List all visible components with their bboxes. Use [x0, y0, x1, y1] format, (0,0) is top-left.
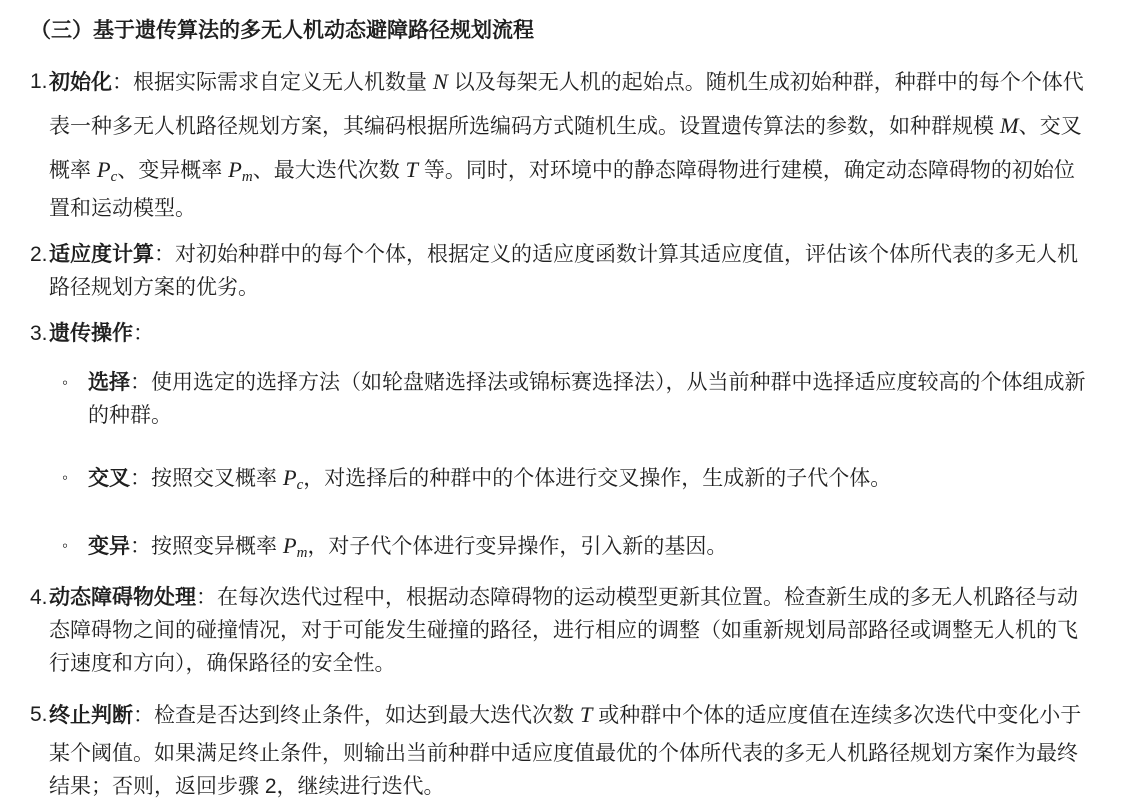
sub-item-mutation: ◦ 变异：按照变异概率 Pm，对子代个体进行变异操作，引入新的基因。 — [49, 524, 1095, 568]
item-text: 根据实际需求自定义无人机数量 N 以及每架无人机的起始点。随机生成初始种群，种群… — [49, 71, 1084, 220]
bullet-circle-icon: ◦ — [62, 524, 68, 568]
item-colon: ： — [112, 71, 133, 94]
list-number: 3. — [30, 317, 48, 350]
item-label: 初始化 — [49, 71, 112, 94]
sub-bullet-list: ◦ 选择：使用选定的选择方法（如轮盘赌选择法或锦标赛选择法），从当前种群中选择适… — [49, 366, 1095, 568]
item-label: 适应度计算 — [49, 243, 154, 266]
item-colon: ： — [196, 586, 217, 609]
math-variable: T — [406, 157, 419, 182]
bullet-circle-icon: ◦ — [62, 366, 68, 399]
list-number: 1. — [30, 60, 48, 104]
text-run: 检查是否达到终止条件，如达到最大迭代次数 — [154, 704, 580, 727]
math-subscript: m — [297, 545, 308, 561]
sub-item-label: 交叉 — [88, 467, 130, 490]
document-page: { "page": { "background": "#ffffff", "te… — [0, 0, 1129, 804]
math-variable: P — [97, 157, 111, 182]
sub-item-label: 选择 — [88, 371, 130, 394]
text-run: 对初始种群中的每个个体，根据定义的适应度函数计算其适应度值，评估该个体所代表的多… — [49, 243, 1078, 299]
list-item-genetic-operations: 3. 遗传操作： ◦ 选择：使用选定的选择方法（如轮盘赌选择法或锦标赛选择法），… — [30, 317, 1095, 568]
item-text: 检查是否达到终止条件，如达到最大迭代次数 T 或种群中个体的适应度值在连续多次迭… — [49, 704, 1081, 798]
math-variable: P — [283, 465, 297, 490]
item-colon: ： — [154, 243, 175, 266]
text-run: 根据实际需求自定义无人机数量 — [133, 71, 433, 94]
list-number: 4. — [30, 581, 48, 614]
math-subscript: m — [242, 169, 253, 185]
item-colon: ： — [133, 322, 154, 345]
text-run: 使用选定的选择方法（如轮盘赌选择法或锦标赛选择法），从当前种群中选择适应度较高的… — [88, 371, 1086, 427]
math-variable: M — [1000, 113, 1019, 138]
sub-item-crossover: ◦ 交叉：按照交叉概率 Pc，对选择后的种群中的个体进行交叉操作，生成新的子代个… — [49, 456, 1095, 500]
item-label: 终止判断 — [49, 704, 133, 727]
section-heading: （三）基于遗传算法的多无人机动态避障路径规划流程 — [30, 14, 1095, 47]
sub-item-text: 按照交叉概率 Pc，对选择后的种群中的个体进行交叉操作，生成新的子代个体。 — [151, 467, 891, 490]
text-run: ，对选择后的种群中的个体进行交叉操作，生成新的子代个体。 — [303, 467, 891, 490]
text-run: 、变异概率 — [117, 159, 228, 182]
text-run: 按照变异概率 — [151, 535, 283, 558]
item-colon: ： — [133, 704, 154, 727]
text-run: ，对子代个体进行变异操作，引入新的基因。 — [307, 535, 727, 558]
item-text: 对初始种群中的每个个体，根据定义的适应度函数计算其适应度值，评估该个体所代表的多… — [49, 243, 1078, 299]
list-item-dynamic-obstacle: 4. 动态障碍物处理：在每次迭代过程中，根据动态障碍物的运动模型更新其位置。检查… — [30, 581, 1095, 680]
item-label: 遗传操作 — [49, 322, 133, 345]
sub-item-colon: ： — [130, 371, 151, 394]
text-run: 、最大迭代次数 — [253, 159, 406, 182]
sub-item-selection: ◦ 选择：使用选定的选择方法（如轮盘赌选择法或锦标赛选择法），从当前种群中选择适… — [49, 366, 1095, 432]
list-item-initialization: 1. 初始化：根据实际需求自定义无人机数量 N 以及每架无人机的起始点。随机生成… — [30, 60, 1095, 225]
sub-item-label: 变异 — [88, 535, 130, 558]
text-run: 按照交叉概率 — [151, 467, 283, 490]
item-label: 动态障碍物处理 — [49, 586, 196, 609]
bullet-circle-icon: ◦ — [62, 456, 68, 500]
math-variable: T — [580, 702, 593, 727]
sub-item-text: 使用选定的选择方法（如轮盘赌选择法或锦标赛选择法），从当前种群中选择适应度较高的… — [88, 371, 1086, 427]
sub-item-colon: ： — [130, 535, 151, 558]
list-item-fitness: 2. 适应度计算：对初始种群中的每个个体，根据定义的适应度函数计算其适应度值，评… — [30, 238, 1095, 304]
list-item-termination: 5. 终止判断：检查是否达到终止条件，如达到最大迭代次数 T 或种群中个体的适应… — [30, 693, 1095, 803]
math-variable: N — [433, 69, 448, 94]
sub-item-colon: ： — [130, 467, 151, 490]
sub-item-text: 按照变异概率 Pm，对子代个体进行变异操作，引入新的基因。 — [151, 535, 727, 558]
math-variable: P — [283, 533, 297, 558]
math-variable: P — [228, 157, 242, 182]
list-number: 2. — [30, 238, 48, 271]
list-number: 5. — [30, 693, 48, 737]
numbered-list: 1. 初始化：根据实际需求自定义无人机数量 N 以及每架无人机的起始点。随机生成… — [30, 60, 1095, 803]
